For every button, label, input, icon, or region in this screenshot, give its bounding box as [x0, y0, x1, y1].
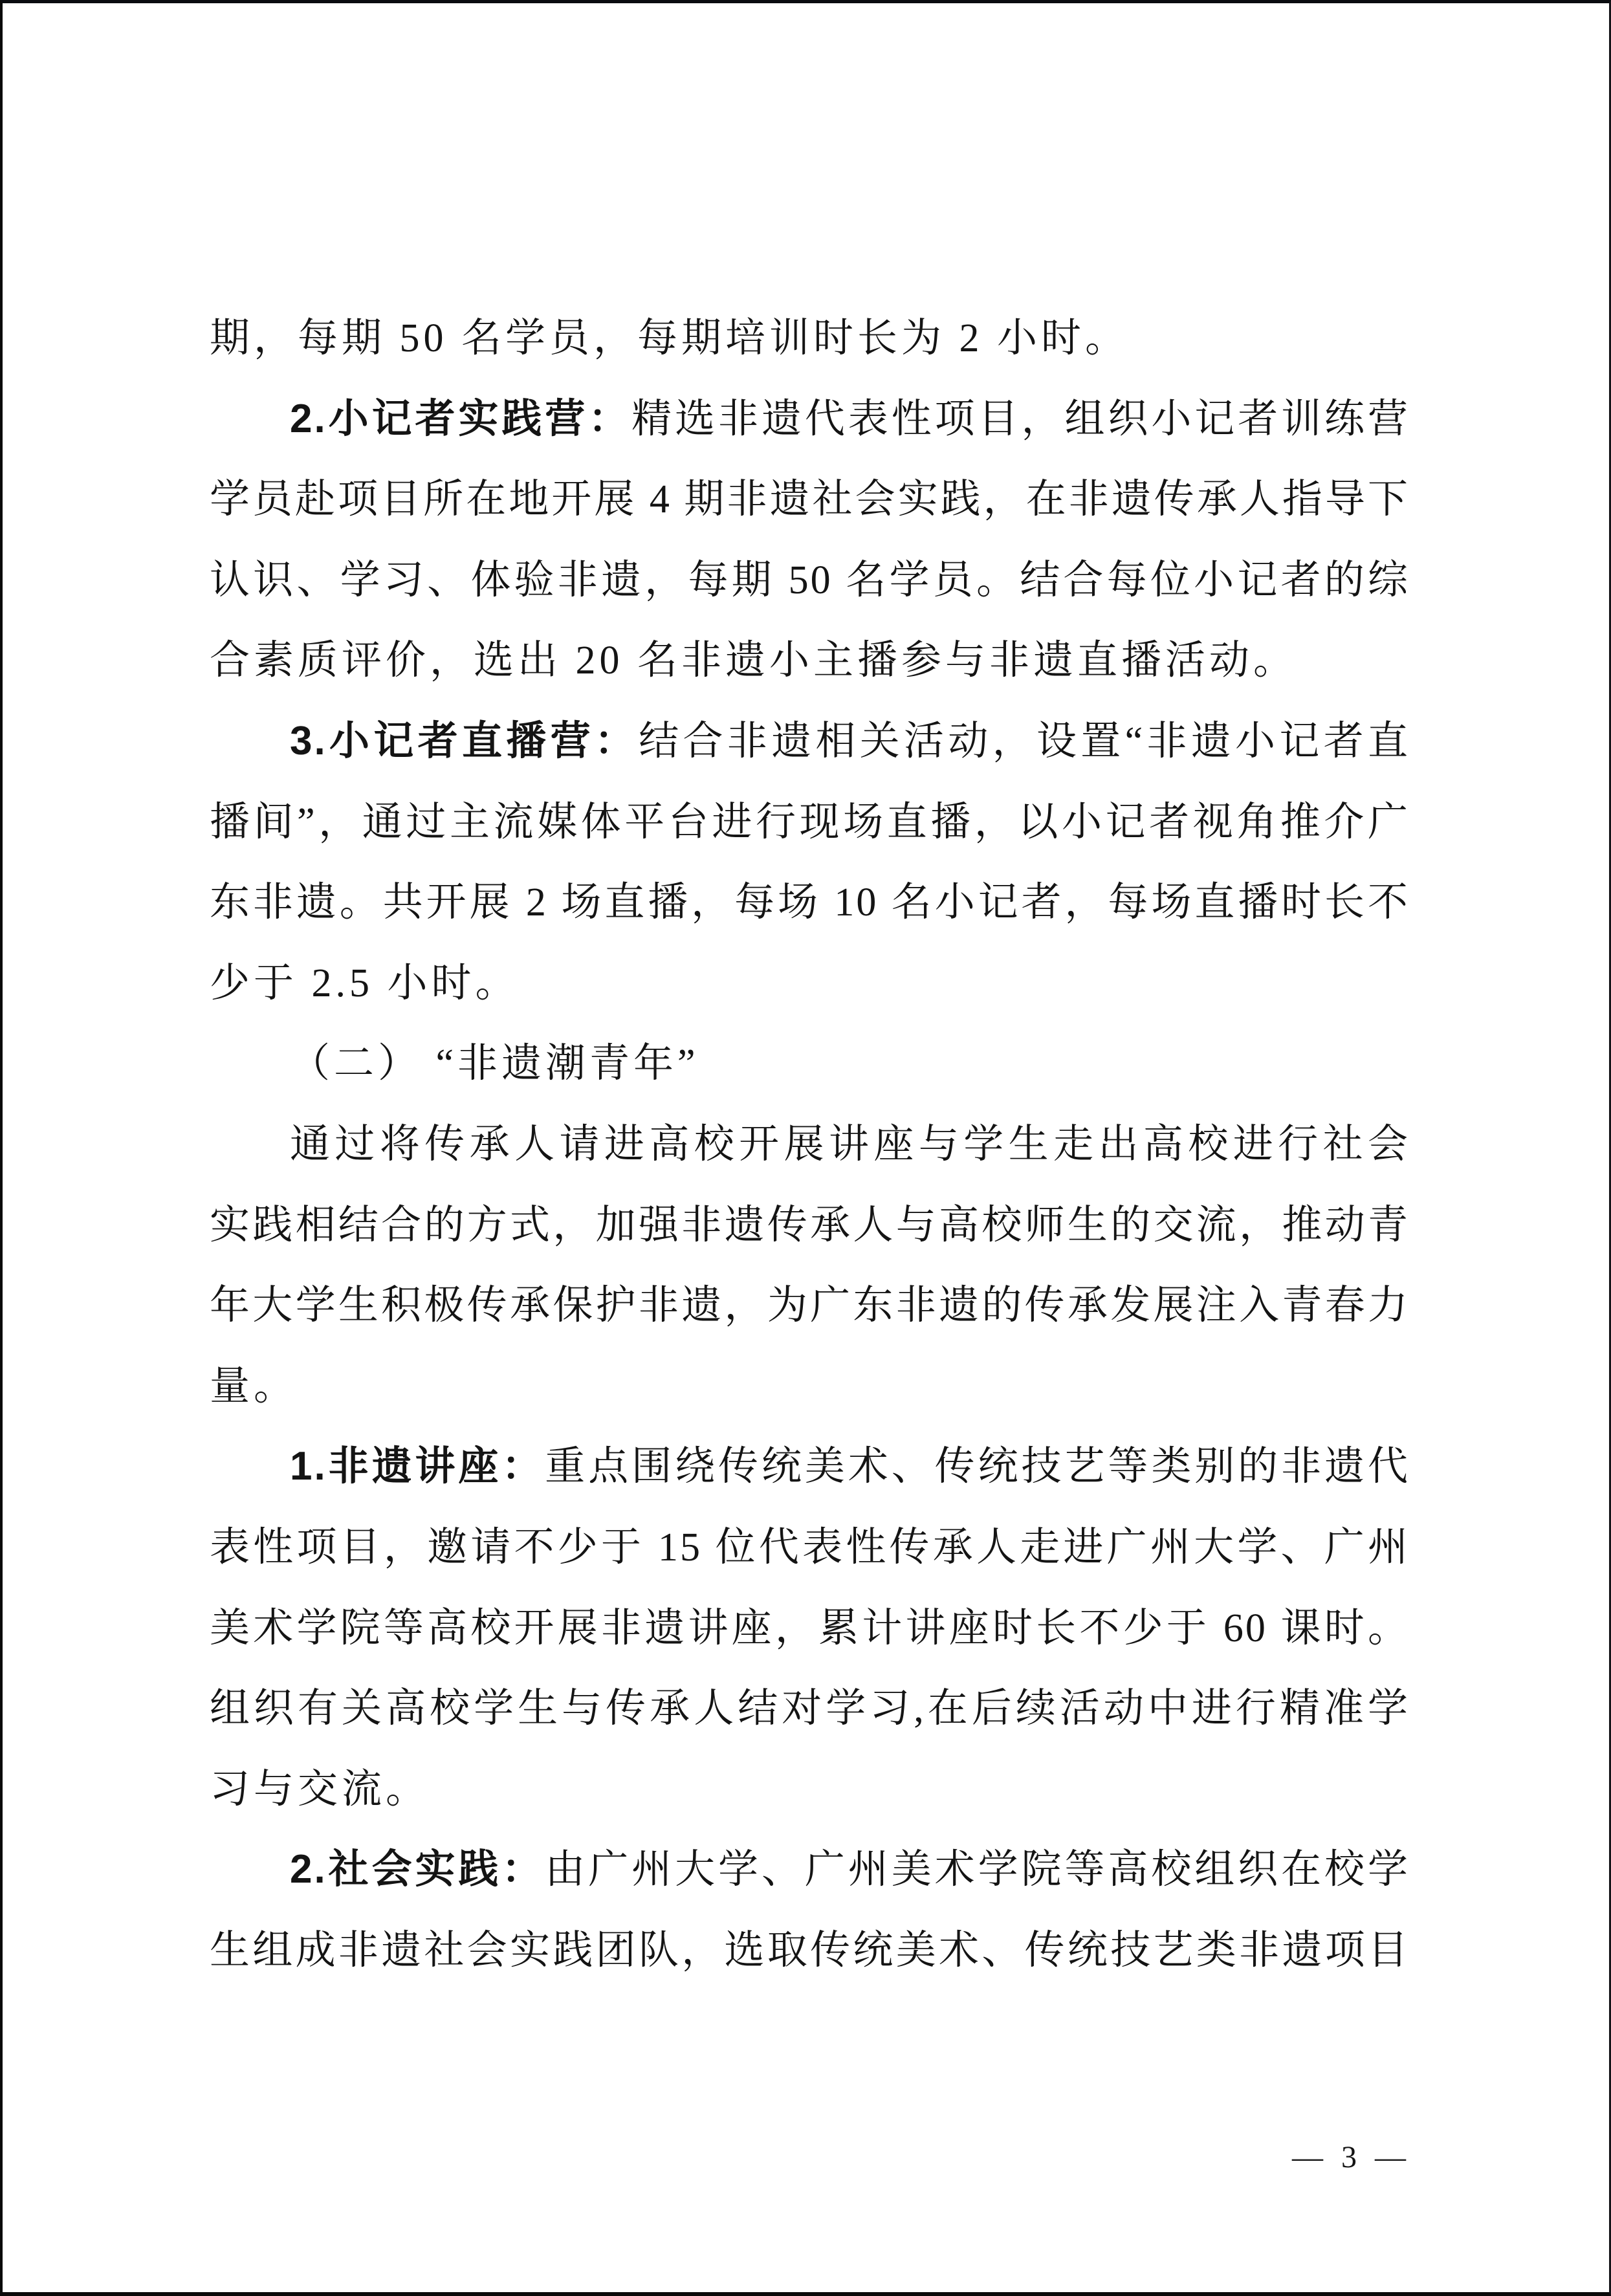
document-page: 期，每期 50 名学员，每期培训时长为 2 小时。 2.小记者实践营：精选非遗代…: [0, 0, 1611, 2296]
text-line: 表性项目，邀请不少于 15 位代表性传承人走进广州大学、广州: [210, 1507, 1410, 1588]
text-line: 美术学院等高校开展非遗讲座，累计讲座时长不少于 60 课时。: [210, 1588, 1410, 1669]
text-line: 东非遗。共开展 2 场直播，每场 10 名小记者，每场直播时长不: [210, 862, 1410, 943]
body-run: 年大学生积极传承保护非遗，为广东非遗的传承发展注入青春力: [210, 1284, 1410, 1328]
body-run: 实践相结合的方式，加强非遗传承人与高校师生的交流，推动青: [210, 1203, 1410, 1247]
text-line: （二） “非遗潮青年”: [210, 1023, 1410, 1104]
body-run: 东非遗。共开展 2 场直播，每场 10 名小记者，每场直播时长不: [210, 880, 1410, 924]
heading-run: 2.小记者实践营：: [290, 397, 631, 441]
body-run: 美术学院等高校开展非遗讲座，累计讲座时长不少于 60 课时。: [210, 1606, 1410, 1650]
body-run: 学员赴项目所在地开展 4 期非遗社会实践，在非遗传承人指导下: [210, 477, 1410, 521]
body-run: 由广州大学、广州美术学院等高校组织在校学: [545, 1848, 1410, 1892]
body-run: （二） “非遗潮青年”: [290, 1042, 699, 1086]
text-line: 习与交流。: [210, 1749, 1410, 1830]
text-line: 2.小记者实践营：精选非遗代表性项目，组织小记者训练营: [210, 379, 1410, 460]
body-run: 认识、学习、体验非遗，每期 50 名学员。结合每位小记者的综: [210, 558, 1410, 602]
body-run: 通过将传承人请进高校开展讲座与学生走出高校进行社会: [290, 1122, 1410, 1166]
text-line: 实践相结合的方式，加强非遗传承人与高校师生的交流，推动青: [210, 1185, 1410, 1266]
document-body: 期，每期 50 名学员，每期培训时长为 2 小时。 2.小记者实践营：精选非遗代…: [210, 298, 1410, 1991]
text-line: 认识、学习、体验非遗，每期 50 名学员。结合每位小记者的综: [210, 540, 1410, 621]
text-line: 少于 2.5 小时。: [210, 943, 1410, 1024]
body-run: 精选非遗代表性项目，组织小记者训练营: [631, 397, 1410, 441]
text-line: 3.小记者直播营：结合非遗相关活动，设置“非遗小记者直: [210, 701, 1410, 782]
body-run: 期，每期 50 名学员，每期培训时长为 2 小时。: [210, 316, 1129, 360]
heading-run: 2.社会实践：: [290, 1847, 545, 1892]
text-line: 年大学生积极传承保护非遗，为广东非遗的传承发展注入青春力: [210, 1265, 1410, 1346]
text-line: 通过将传承人请进高校开展讲座与学生走出高校进行社会: [210, 1104, 1410, 1185]
body-run: 习与交流。: [210, 1767, 430, 1811]
text-line: 1.非遗讲座：重点围绕传统美术、传统技艺等类别的非遗代: [210, 1427, 1410, 1507]
text-line: 量。: [210, 1346, 1410, 1427]
page-number: — 3 —: [1292, 2139, 1411, 2175]
text-line: 组织有关高校学生与传承人结对学习,在后续活动中进行精准学: [210, 1668, 1410, 1749]
body-run: 合素质评价，选出 20 名非遗小主播参与非遗直播活动。: [210, 639, 1297, 683]
heading-run: 1.非遗讲座：: [290, 1444, 545, 1489]
body-run: 组织有关高校学生与传承人结对学习,在后续活动中进行精准学: [210, 1687, 1410, 1731]
text-line: 2.社会实践：由广州大学、广州美术学院等高校组织在校学: [210, 1830, 1410, 1910]
body-run: 少于 2.5 小时。: [210, 961, 520, 1005]
body-run: 播间”，通过主流媒体平台进行现场直播，以小记者视角推介广: [210, 800, 1410, 844]
text-line: 播间”，通过主流媒体平台进行现场直播，以小记者视角推介广: [210, 782, 1410, 863]
body-run: 量。: [210, 1364, 298, 1408]
text-line: 学员赴项目所在地开展 4 期非遗社会实践，在非遗传承人指导下: [210, 459, 1410, 540]
text-line: 期，每期 50 名学员，每期培训时长为 2 小时。: [210, 298, 1410, 379]
body-run: 重点围绕传统美术、传统技艺等类别的非遗代: [545, 1445, 1410, 1489]
body-run: 生组成非遗社会实践团队，选取传统美术、传统技艺类非遗项目: [210, 1929, 1410, 1973]
body-run: 表性项目，邀请不少于 15 位代表性传承人走进广州大学、广州: [210, 1525, 1410, 1569]
text-line: 合素质评价，选出 20 名非遗小主播参与非遗直播活动。: [210, 620, 1410, 701]
heading-run: 3.小记者直播营：: [290, 719, 639, 763]
text-line: 生组成非遗社会实践团队，选取传统美术、传统技艺类非遗项目: [210, 1910, 1410, 1991]
body-run: 结合非遗相关活动，设置“非遗小记者直: [639, 719, 1410, 763]
